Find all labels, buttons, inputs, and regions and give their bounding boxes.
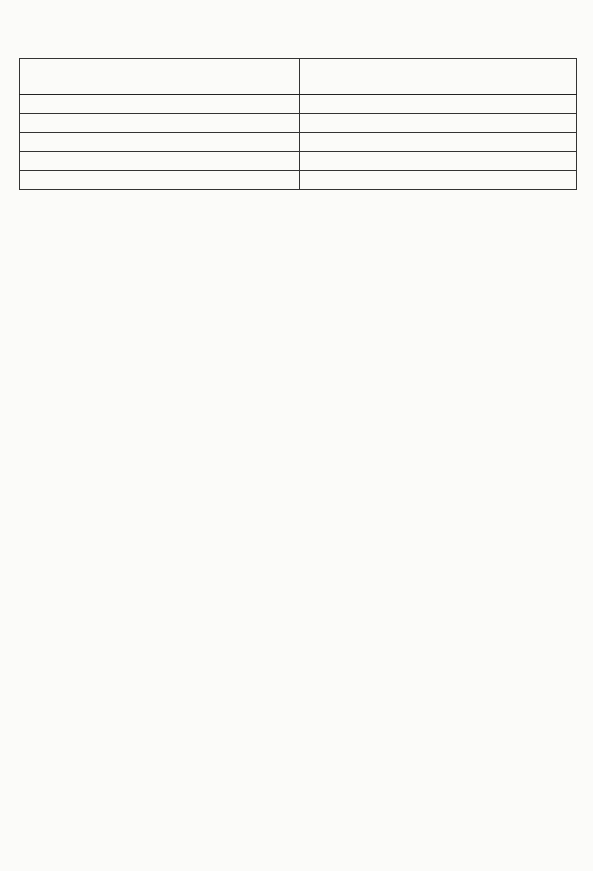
header-material (20, 59, 300, 95)
cell-ratio (300, 133, 577, 152)
cell-material (20, 114, 300, 133)
cell-ratio (300, 114, 577, 133)
cell-ratio (300, 152, 577, 171)
cell-ratio (300, 171, 577, 190)
table-row (20, 152, 577, 171)
cell-material (20, 95, 300, 114)
table-row (20, 133, 577, 152)
cell-material (20, 171, 300, 190)
cell-material (20, 133, 300, 152)
cell-material (20, 152, 300, 171)
table-header-row (20, 59, 577, 95)
table-row (20, 171, 577, 190)
alkali-solution-table (19, 58, 577, 190)
table-row (20, 114, 577, 133)
cell-ratio (300, 95, 577, 114)
header-ratio (300, 59, 577, 95)
table-row (20, 95, 577, 114)
